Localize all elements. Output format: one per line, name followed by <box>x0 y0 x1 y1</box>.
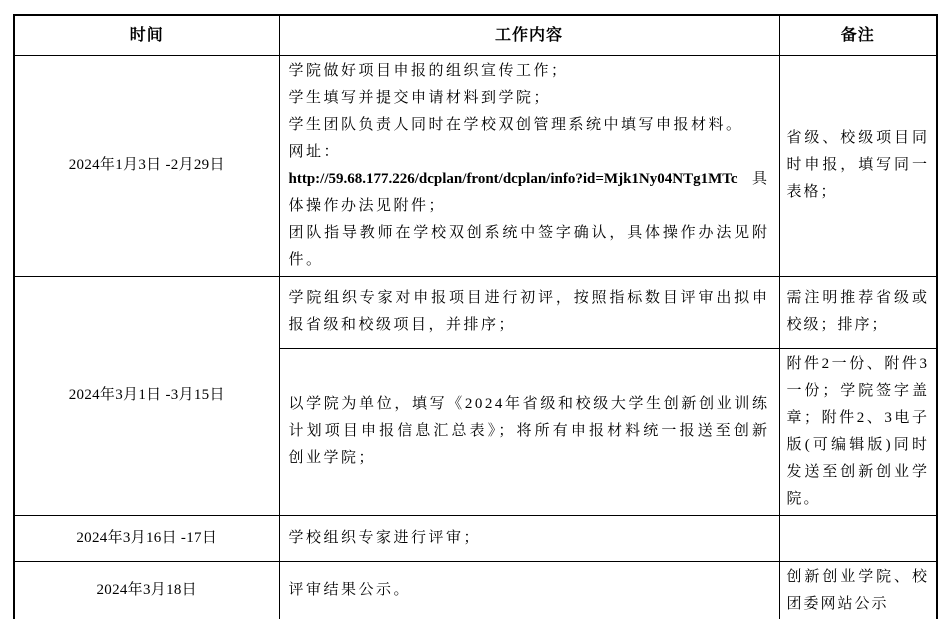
url-text: http://59.68.177.226/dcplan/front/dcplan… <box>289 171 738 187</box>
content-cell: 以学院为单位，填写《2024年省级和校级大学生创新创业训练计划项目申报信息汇总表… <box>279 348 779 515</box>
document-page: 时间 工作内容 备注 2024年1月3日 -2月29日 学院做好项目申报的组织宣… <box>0 0 948 619</box>
remark-cell: 附件2一份、附件3一份；学院签字盖章；附件2、3电子版(可编辑版)同时发送至创新… <box>779 348 937 515</box>
time-cell: 2024年3月16日 -17日 <box>14 515 279 561</box>
content-cell: 评审结果公示。 <box>279 561 779 619</box>
header-cell-content: 工作内容 <box>279 15 779 55</box>
table-row-phase4: 2024年3月18日 评审结果公示。 创新创业学院、校团委网站公示 <box>14 561 937 619</box>
time-cell: 2024年3月18日 <box>14 561 279 619</box>
remark-cell: 需注明推荐省级或校级；排序； <box>779 276 937 348</box>
time-cell: 2024年3月1日 -3月15日 <box>14 276 279 515</box>
content-cell: 学院做好项目申报的组织宣传工作； 学生填写并提交申请材料到学院； 学生团队负责人… <box>279 55 779 276</box>
table-header-row: 时间 工作内容 备注 <box>14 15 937 55</box>
header-cell-remark: 备注 <box>779 15 937 55</box>
remark-cell <box>779 515 937 561</box>
content-cell: 学院组织专家对申报项目进行初评，按照指标数目评审出拟申报省级和校级项目，并排序； <box>279 276 779 348</box>
content-paragraph: 学院做好项目申报的组织宣传工作； <box>289 58 770 85</box>
content-cell: 学校组织专家进行评审； <box>279 515 779 561</box>
remark-cell: 创新创业学院、校团委网站公示 <box>779 561 937 619</box>
table-row-phase3: 2024年3月16日 -17日 学校组织专家进行评审； <box>14 515 937 561</box>
header-cell-time: 时间 <box>14 15 279 55</box>
content-paragraph: 团队指导教师在学校双创系统中签字确认，具体操作办法见附件。 <box>289 220 770 274</box>
content-paragraph: 网址： <box>289 139 770 166</box>
table-row-phase1: 2024年1月3日 -2月29日 学院做好项目申报的组织宣传工作； 学生填写并提… <box>14 55 937 276</box>
content-paragraph-url: http://59.68.177.226/dcplan/front/dcplan… <box>289 166 770 220</box>
content-paragraph: 学生填写并提交申请材料到学院； <box>289 85 770 112</box>
schedule-table: 时间 工作内容 备注 2024年1月3日 -2月29日 学院做好项目申报的组织宣… <box>13 14 938 619</box>
time-cell: 2024年1月3日 -2月29日 <box>14 55 279 276</box>
content-paragraph: 学生团队负责人同时在学校双创管理系统中填写申报材料。 <box>289 112 770 139</box>
table-row-phase2-sub1: 2024年3月1日 -3月15日 学院组织专家对申报项目进行初评，按照指标数目评… <box>14 276 937 348</box>
remark-cell: 省级、校级项目同时申报，填写同一表格； <box>779 55 937 276</box>
